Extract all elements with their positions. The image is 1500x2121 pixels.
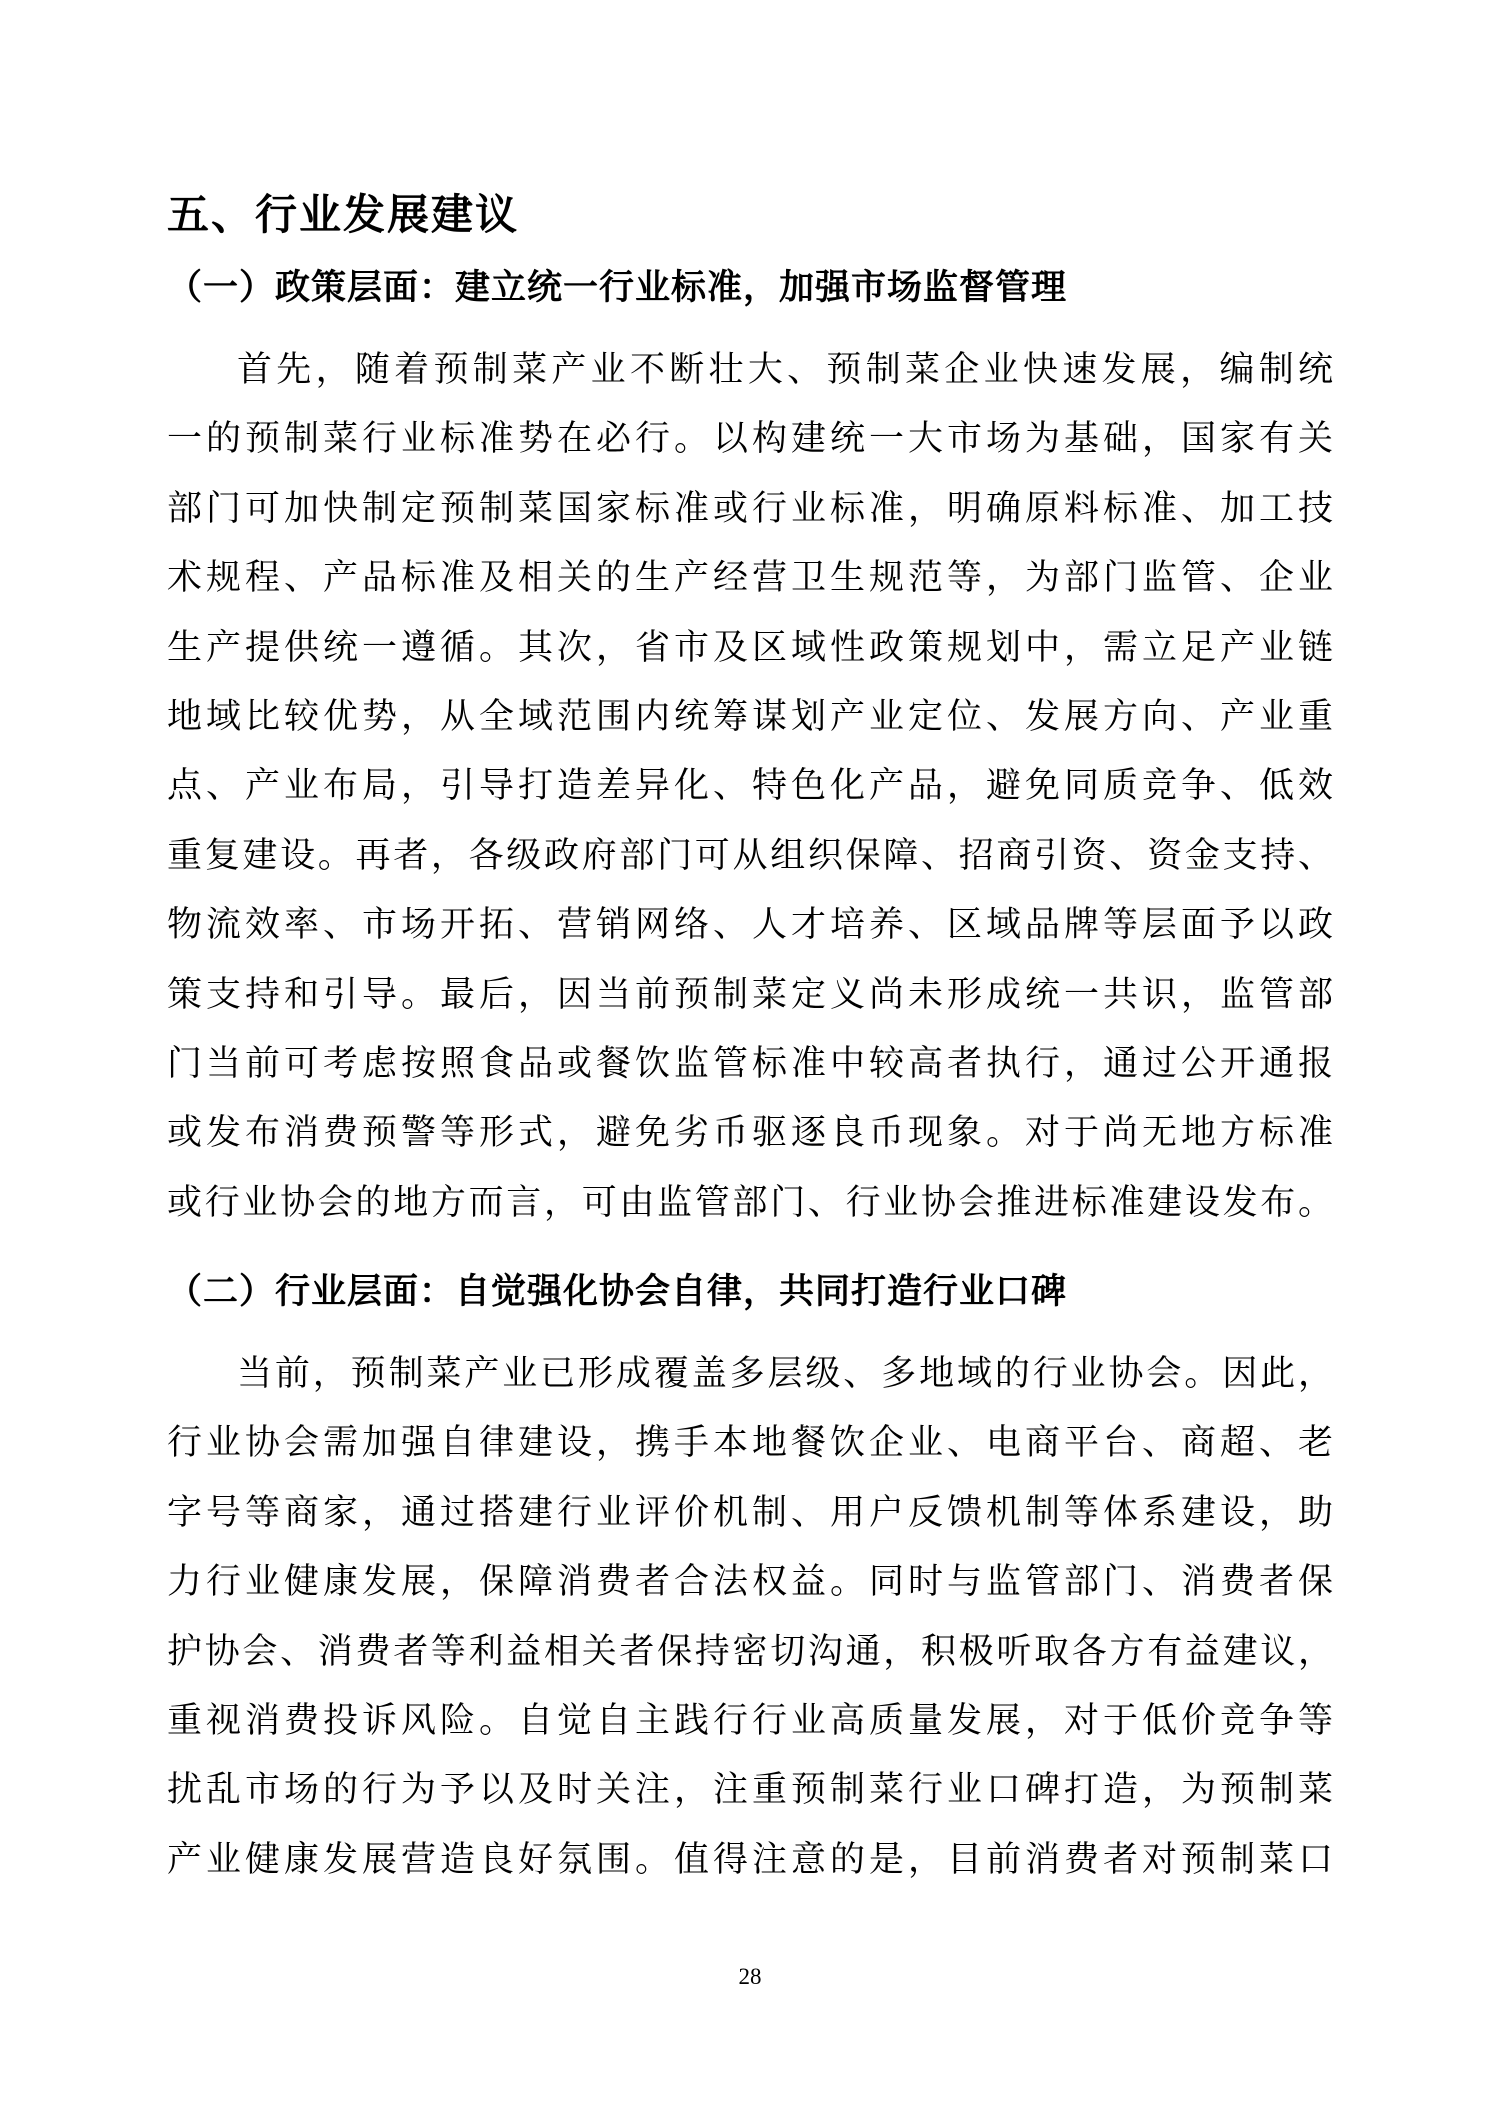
subsection-heading-industry: （二）行业层面：自觉强化协会自律，共同打造行业口碑 bbox=[167, 1266, 1333, 1318]
paragraph-line: 生产提供统一遵循。其次，省市及区域性政策规划中，需立足产业链 bbox=[167, 613, 1333, 682]
paragraph-line: 力行业健康发展，保障消费者合法权益。同时与监管部门、消费者保 bbox=[167, 1547, 1333, 1616]
page-content: 五、行业发展建议 （一）政策层面：建立统一行业标准，加强市场监督管理 首先，随着… bbox=[167, 0, 1333, 1894]
page-number: 28 bbox=[0, 1960, 1500, 1994]
paragraph-line: 策支持和引导。最后，因当前预制菜定义尚未形成统一共识，监管部 bbox=[167, 960, 1333, 1029]
paragraph-line: 字号等商家，通过搭建行业评价机制、用户反馈机制等体系建设，助 bbox=[167, 1478, 1333, 1547]
paragraph-line: 点、产业布局，引导打造差异化、特色化产品，避免同质竞争、低效 bbox=[167, 751, 1333, 820]
subsection-heading-policy: （一）政策层面：建立统一行业标准，加强市场监督管理 bbox=[167, 262, 1333, 314]
paragraph-line: 首先，随着预制菜产业不断壮大、预制菜企业快速发展，编制统 bbox=[167, 335, 1333, 404]
paragraph-line: 部门可加快制定预制菜国家标准或行业标准，明确原料标准、加工技 bbox=[167, 474, 1333, 543]
paragraph-line: 或行业协会的地方而言，可由监管部门、行业协会推进标准建设发布。 bbox=[167, 1168, 1333, 1237]
paragraph-line: 产业健康发展营造良好氛围。值得注意的是，目前消费者对预制菜口 bbox=[167, 1825, 1333, 1894]
document-page: 五、行业发展建议 （一）政策层面：建立统一行业标准，加强市场监督管理 首先，随着… bbox=[0, 0, 1500, 2121]
paragraph-industry: 当前，预制菜产业已形成覆盖多层级、多地域的行业协会。因此，行业协会需加强自律建设… bbox=[167, 1339, 1333, 1894]
paragraph-line: 一的预制菜行业标准势在必行。以构建统一大市场为基础，国家有关 bbox=[167, 404, 1333, 473]
paragraph-line: 门当前可考虑按照食品或餐饮监管标准中较高者执行，通过公开通报 bbox=[167, 1029, 1333, 1098]
paragraph-line: 扰乱市场的行为予以及时关注，注重预制菜行业口碑打造，为预制菜 bbox=[167, 1755, 1333, 1824]
paragraph-line: 地域比较优势，从全域范围内统筹谋划产业定位、发展方向、产业重 bbox=[167, 682, 1333, 751]
section-heading: 五、行业发展建议 bbox=[167, 186, 1333, 244]
paragraph-line: 护协会、消费者等利益相关者保持密切沟通，积极听取各方有益建议， bbox=[167, 1617, 1333, 1686]
paragraph-line: 术规程、产品标准及相关的生产经营卫生规范等，为部门监管、企业 bbox=[167, 543, 1333, 612]
paragraph-line: 行业协会需加强自律建设，携手本地餐饮企业、电商平台、商超、老 bbox=[167, 1408, 1333, 1477]
paragraph-line: 当前，预制菜产业已形成覆盖多层级、多地域的行业协会。因此， bbox=[167, 1339, 1333, 1408]
paragraph-policy: 首先，随着预制菜产业不断壮大、预制菜企业快速发展，编制统一的预制菜行业标准势在必… bbox=[167, 335, 1333, 1237]
paragraph-line: 或发布消费预警等形式，避免劣币驱逐良币现象。对于尚无地方标准 bbox=[167, 1098, 1333, 1167]
paragraph-line: 重复建设。再者，各级政府部门可从组织保障、招商引资、资金支持、 bbox=[167, 821, 1333, 890]
paragraph-line: 重视消费投诉风险。自觉自主践行行业高质量发展，对于低价竞争等 bbox=[167, 1686, 1333, 1755]
paragraph-line: 物流效率、市场开拓、营销网络、人才培养、区域品牌等层面予以政 bbox=[167, 890, 1333, 959]
